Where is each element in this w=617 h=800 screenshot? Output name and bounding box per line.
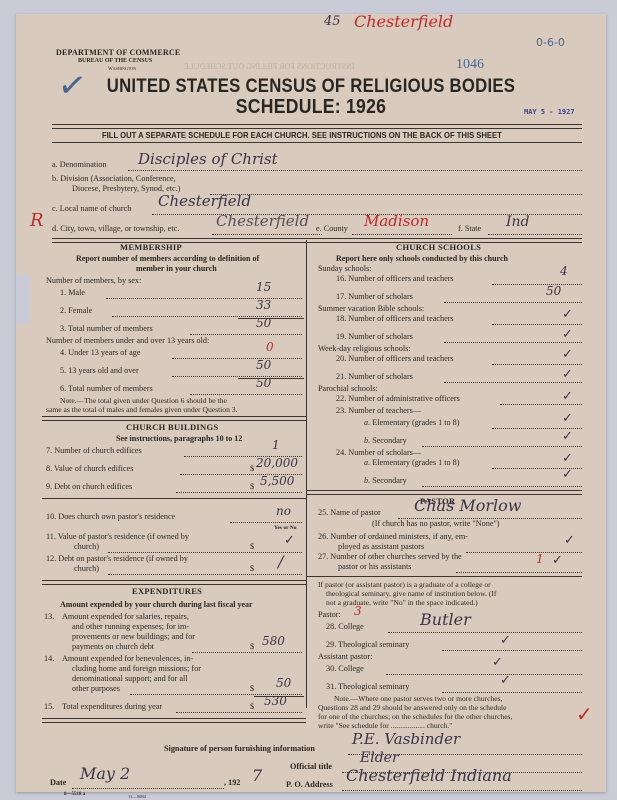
membership-note-1: Note.—The total given under Question 6 s… [60,396,227,405]
q8-dollar: $ [250,464,254,473]
q9-dollar: $ [250,482,254,491]
column-divider [306,240,307,708]
q15-answer-line [176,712,302,713]
buildings-subtitle: See instructions, paragraphs 10 to 12 [116,434,242,443]
denomination-label: a. Denomination [52,160,107,169]
q9-label: 9. Debt on church edifices [46,482,132,491]
q19-check-icon[interactable]: ✓ [562,326,573,342]
washington-label: Washington [108,66,136,72]
q23a-label: a. Elementary (grades 1 to 8) [364,418,460,427]
q1-label: 1. Male [60,288,85,297]
q9-line [176,492,302,493]
q24-label: 24. Number of scholars— [336,448,421,457]
form-subtitle: SCHEDULE: 1926 [51,96,570,119]
q31-check-icon[interactable]: ✓ [500,672,511,688]
q12-dollar: $ [250,564,254,573]
q7-label: 7. Number of church edifices [46,446,142,455]
pastor-note-1: Note.—Where one pastor serves two or mor… [334,694,502,703]
q13-dollar: $ [250,642,254,651]
pastor-note-3: for one of the churches; on the schedule… [318,712,512,721]
q15-label: Total expenditures during year [62,702,162,711]
q6-line [190,394,302,395]
form-title: UNITED STATES CENSUS OF RELIGIOUS BODIES [51,76,570,98]
po-address-label: P. O. Address [286,780,333,789]
grad-note-2: theological seminary, give name of insti… [326,589,496,598]
state-line [488,234,582,235]
city-line [212,234,322,235]
subtitle-wrap: SCHEDULE: 1926 [16,96,606,119]
grad-note-1: If pastor (or assistant pastor) is a gra… [318,580,491,589]
q17-label: 17. Number of scholars [336,292,413,301]
title-wrap: UNITED STATES CENSUS OF RELIGIOUS BODIES [16,76,606,98]
q24b-line [422,486,582,487]
q23b-label: b. Secondary [364,436,407,445]
q2-female-value[interactable]: 33 [256,298,271,312]
q21-line [444,382,582,383]
header-rule-2 [52,142,582,143]
q4-label: 4. Under 13 years of age [60,348,140,357]
print-code: 11—9084 [128,794,146,799]
corner-code: 0-6-0 [536,36,565,49]
q17-line [444,302,582,303]
official-title-value[interactable]: Elder [360,750,399,766]
fill-instruction: FILL OUT A SEPARATE SCHEDULE FOR EACH CH… [102,130,502,140]
membership-subtitle-1: Report number of members according to de… [76,254,259,263]
q7-edifices-value[interactable]: 1 [272,438,280,452]
q12-value[interactable]: / [278,552,283,571]
q10-label: 10. Does church own pastor's residence [46,512,175,521]
q11-dollar: $ [250,542,254,551]
q14-num: 14. [44,654,54,663]
pastor-note-4: write "See schedule for ................… [318,721,452,730]
header-rule [52,124,582,129]
q14-line-2: cluding home and foreign missions; for [72,664,201,673]
q13-line-1: Amount expended for salaries, repairs, [62,612,189,621]
q10-line [230,522,302,523]
q14-line-1: Amount expended for benevolences, in- [62,654,193,663]
q29-check-icon[interactable]: ✓ [500,632,511,648]
parochial-schools-label: Parochial schools: [318,384,378,393]
q23b-line [422,446,582,447]
pastor-rule [306,576,582,577]
buildings-bottom-rule [42,580,306,585]
q19-line [444,342,582,343]
department-label: DEPARTMENT OF COMMERCE [56,48,180,57]
q26-label-1: 26. Number of ordained ministers, if any… [318,532,468,541]
membership-note-2: same as the total of males and females g… [46,405,237,414]
county-label: e. County [316,224,348,233]
red-check-icon: ✓ [576,702,593,726]
city-value[interactable]: Chesterfield [216,212,309,230]
annotation-chesterfield: Chesterfield [354,12,453,31]
q26-line [466,552,582,553]
division-label-1: b. Division (Association, Conference, [52,174,176,183]
q23a-check-icon[interactable]: ✓ [562,410,573,426]
q22-line [500,404,582,405]
schools-title: CHURCH SCHOOLS [396,242,481,252]
q27-red-mark: 1 [536,552,544,566]
q26-check-icon[interactable]: ✓ [564,532,575,548]
q24a-check-icon[interactable]: ✓ [562,450,573,466]
census-schedule-page: 45 Chesterfield 0-6-0 DEPARTMENT OF COMM… [16,14,606,792]
q11-line [108,552,302,553]
q14-line-3: denominational support; and for all [72,674,188,683]
q16-value[interactable]: 4 [560,264,568,278]
q1-line [106,298,302,299]
expenditures-title: EXPENDITURES [132,586,202,596]
q15-value[interactable]: 530 [264,694,287,708]
q8-value[interactable]: 20,000 [256,456,298,470]
q3-total-value[interactable]: 50 [256,316,271,330]
expenditures-rule [42,718,306,723]
q28-line [388,632,582,633]
q28-college-value[interactable]: Butler [420,610,471,629]
q14-value[interactable]: 50 [276,676,291,690]
q6-total-value[interactable]: 50 [256,376,271,390]
q11-check-icon[interactable]: ✓ [284,532,295,548]
q22-check-icon[interactable]: ✓ [562,388,573,404]
q5-label: 5. 13 years old and over [60,366,139,375]
q13-line-4: payments on church debt [72,642,154,651]
q24b-check-icon[interactable]: ✓ [562,466,573,482]
q12-label-2: church) [74,564,99,573]
pastor-sub-label: Pastor: [318,610,341,619]
q27-label-2: pastor or his assistants [338,562,411,571]
membership-title: MEMBERSHIP [120,242,182,252]
q29-line [442,650,582,651]
q28-label: 28. College [326,622,364,631]
q24b-label: b. Secondary [364,476,407,485]
q14-dollar: $ [250,684,254,693]
q22-label: 22. Number of administrative officers [336,394,460,403]
q13-num: 13. [44,612,54,621]
county-value[interactable]: Madison [364,212,429,230]
po-address-value[interactable]: Chesterfield Indiana [346,766,512,785]
year-value[interactable]: 7 [252,766,262,785]
expenditures-subtitle: Amount expended by your church during la… [60,600,253,609]
paper-tear [16,274,30,324]
local-name-label: c. Local name of church [52,204,131,213]
weekday-schools-label: Week-day religious schools: [318,344,411,353]
q18-line [492,324,582,325]
official-title-label: Official title [290,762,332,771]
signature-label: Signature of person furnishing informati… [164,744,315,753]
q25-label: 25. Name of pastor [318,508,381,517]
q30-label: 30. College [326,664,364,673]
margin-r-mark: R [30,210,44,231]
q24a-label: a. Elementary (grades 1 to 8) [364,458,460,467]
form-code: 8—5518 a [64,792,85,797]
date-label: Date [50,778,66,787]
q15-dollar: $ [250,702,254,711]
serial-number: 1046 [456,57,484,73]
schools-rule [306,490,582,495]
q13-line-2: and other running expenses; for im- [72,622,189,631]
q3-line [190,334,302,335]
bureau-label: BUREAU OF THE CENSUS [78,58,152,64]
q12-label: 12. Debt on pastor's residence (if owned… [46,554,188,563]
grad-note-3: not a graduate, write "No" in the space … [326,598,478,607]
state-label: f. State [458,224,481,233]
q5-line [172,376,302,377]
q20-label: 20. Number of officers and teachers [336,354,454,363]
date-value[interactable]: May 2 [80,764,130,783]
summer-schools-label: Summer vacation Bible schools: [318,304,424,313]
yes-no-hint: Yes or No [274,525,297,531]
q25-pastor-name[interactable]: Chas Morlow [414,496,522,515]
q21-check-icon[interactable]: ✓ [562,366,573,382]
local-name-value[interactable]: Chesterfield [158,192,251,210]
q4-under13-value[interactable]: 0 [266,340,274,354]
schools-subtitle: Report here only schools conducted by th… [336,254,508,263]
q3-label: 3. Total number of members [60,324,153,333]
q20-line [492,364,582,365]
q11-label-2: church) [74,542,99,551]
q18-check-icon[interactable]: ✓ [562,306,573,322]
assistant-pastor-label: Assistant pastor: [318,652,372,661]
q29-label: 29. Theological seminary [326,640,409,649]
q18-label: 18. Number of officers and teachers [336,314,454,323]
q13-value[interactable]: 580 [262,634,285,648]
membership-subtitle-2: member in your church [136,264,217,273]
q6-label: 6. Total number of members [60,384,153,393]
q27-check-icon[interactable]: ✓ [552,552,563,568]
q30-line [386,674,582,675]
q27-line [456,572,582,573]
q14-line-4: other purposes [72,684,120,693]
q30-check-icon[interactable]: ✓ [492,654,503,670]
q25-hint: (If church has no pastor, write "None") [372,519,500,528]
date-line [72,788,224,789]
q8-label: 8. Value of church edifices [46,464,133,473]
denomination-value[interactable]: Disciples of Christ [138,150,278,168]
city-label: d. City, town, village, or township, etc… [52,224,179,233]
q17-value[interactable]: 50 [546,284,561,298]
q19-label: 19. Number of scholars [336,332,413,341]
q2-line [112,316,302,317]
q12-line [108,574,302,575]
signature-value[interactable]: P.E. Vasbinder [352,730,460,748]
received-stamp: MAY 5 - 1927 [524,108,575,116]
show-through-text: INSTRUCTIONS FOR FILLING OUT SCHEDULE [184,62,355,71]
q15-num: 15. [44,702,54,711]
buildings-title: CHURCH BUILDINGS [126,422,218,432]
po-address-line [342,790,582,791]
q21-label: 21. Number of scholars [336,372,413,381]
sunday-schools-label: Sunday schools: [318,264,371,273]
q20-check-icon[interactable]: ✓ [562,346,573,362]
annotation-number: 45 [324,14,341,29]
q16-line [492,284,582,285]
q27-label-1: 27. Number of other churches served by t… [318,552,462,561]
q26-label-2: ployed as assistant pastors [338,542,424,551]
county-line [352,234,452,235]
membership-rule [42,416,306,421]
year-prefix: , 192 [224,778,240,787]
division-line [210,194,582,195]
q9-value[interactable]: 5,500 [260,474,294,488]
q4-line [172,358,302,359]
state-value[interactable]: Ind [506,214,530,230]
q31-label: 31. Theological seminary [326,682,409,691]
members-by-sex-label: Number of members, by sex: [46,276,141,285]
q2-label: 2. Female [60,306,92,315]
q16-label: 16. Number of officers and teachers [336,274,454,283]
pastor-red-mark: 3 [354,604,362,618]
q5-over13-value[interactable]: 50 [256,358,271,372]
q23b-check-icon[interactable]: ✓ [562,428,573,444]
buildings-rule [42,498,306,499]
q31-line [442,692,582,693]
q10-value[interactable]: no [276,504,291,518]
q13-line-3: provements or new buildings; and for [72,632,195,641]
q23-label: 23. Number of teachers— [336,406,421,415]
q13-answer-line [192,652,302,653]
q11-label: 11. Value of pastor's residence (if owne… [46,532,189,541]
denomination-line [128,170,582,171]
pastor-note-2: Questions 28 and 29 should be answered o… [318,703,507,712]
members-by-age-label: Number of members under and over 13 year… [46,336,209,345]
q1-male-value[interactable]: 15 [256,280,271,294]
